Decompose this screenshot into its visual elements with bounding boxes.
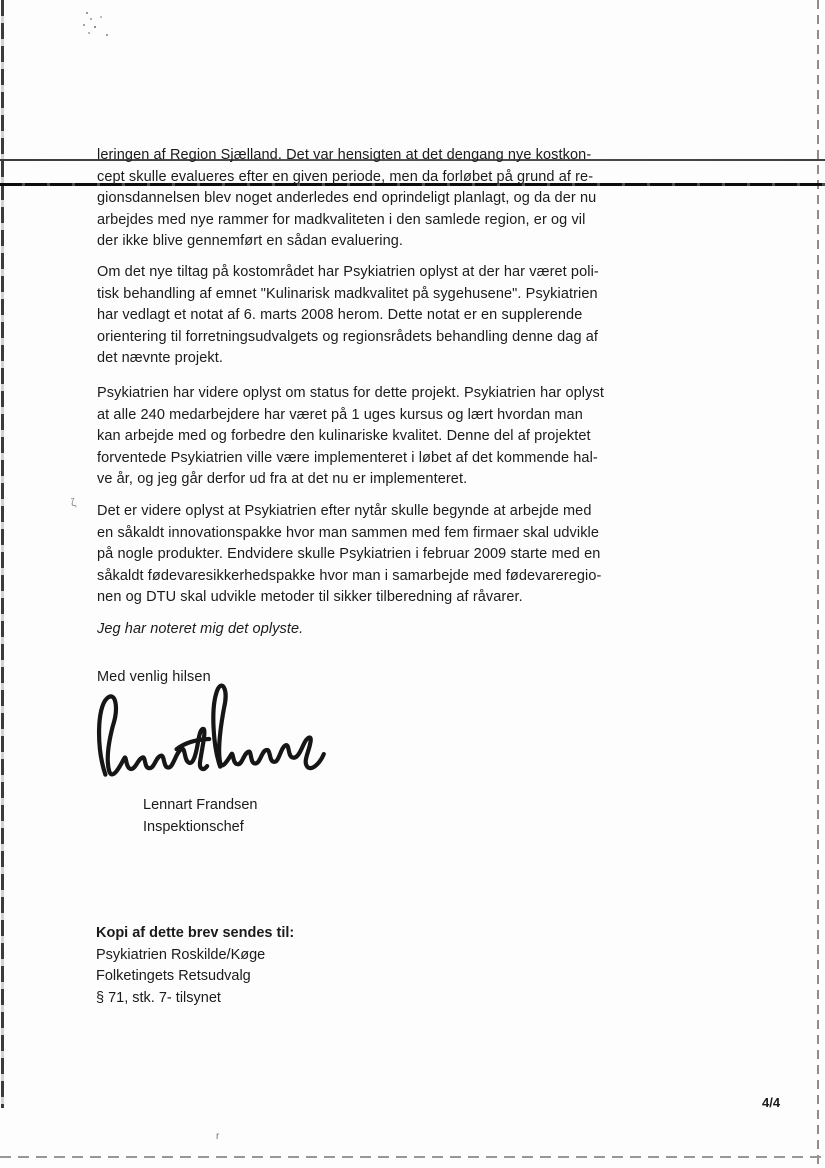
copy-recipient: Psykiatrien Roskilde/Køge [96, 945, 294, 967]
scan-artifact-squiggle: ζ [70, 497, 78, 510]
scan-artifact-bottom-dashed-line [0, 1156, 822, 1158]
signer-block: Lennart Frandsen Inspektionschef [143, 795, 257, 838]
copy-heading: Kopi af dette brev sendes til: [96, 923, 294, 945]
paragraph-3: Psykiatrien har videre oplyst om status … [97, 383, 617, 491]
scan-artifact-mark: r [216, 1131, 219, 1142]
page-number: 4/4 [762, 1095, 780, 1110]
paragraph-1: leringen af Region Sjælland. Det var hen… [97, 145, 617, 253]
copy-recipient: § 71, stk. 7- tilsynet [96, 988, 294, 1010]
scan-artifact-speckles [86, 12, 88, 14]
paragraph-4: Det er videre oplyst at Psykiatrien efte… [97, 501, 617, 609]
scanned-letter-page: ζ r leringen af Region Sjælland. Det var… [0, 0, 825, 1168]
noted-statement: Jeg har noteret mig det oplyste. [97, 619, 617, 641]
paragraph-2: Om det nye tiltag på kostområdet har Psy… [97, 262, 617, 370]
signature-image [93, 678, 328, 788]
copy-recipients-block: Kopi af dette brev sendes til: Psykiatri… [96, 923, 294, 1009]
signer-name: Lennart Frandsen [143, 795, 257, 817]
signer-title: Inspektionschef [143, 817, 257, 839]
scan-artifact-right-edge-line [817, 0, 819, 1168]
copy-recipient: Folketingets Retsudvalg [96, 966, 294, 988]
scan-artifact-left-edge-line [1, 0, 4, 1108]
